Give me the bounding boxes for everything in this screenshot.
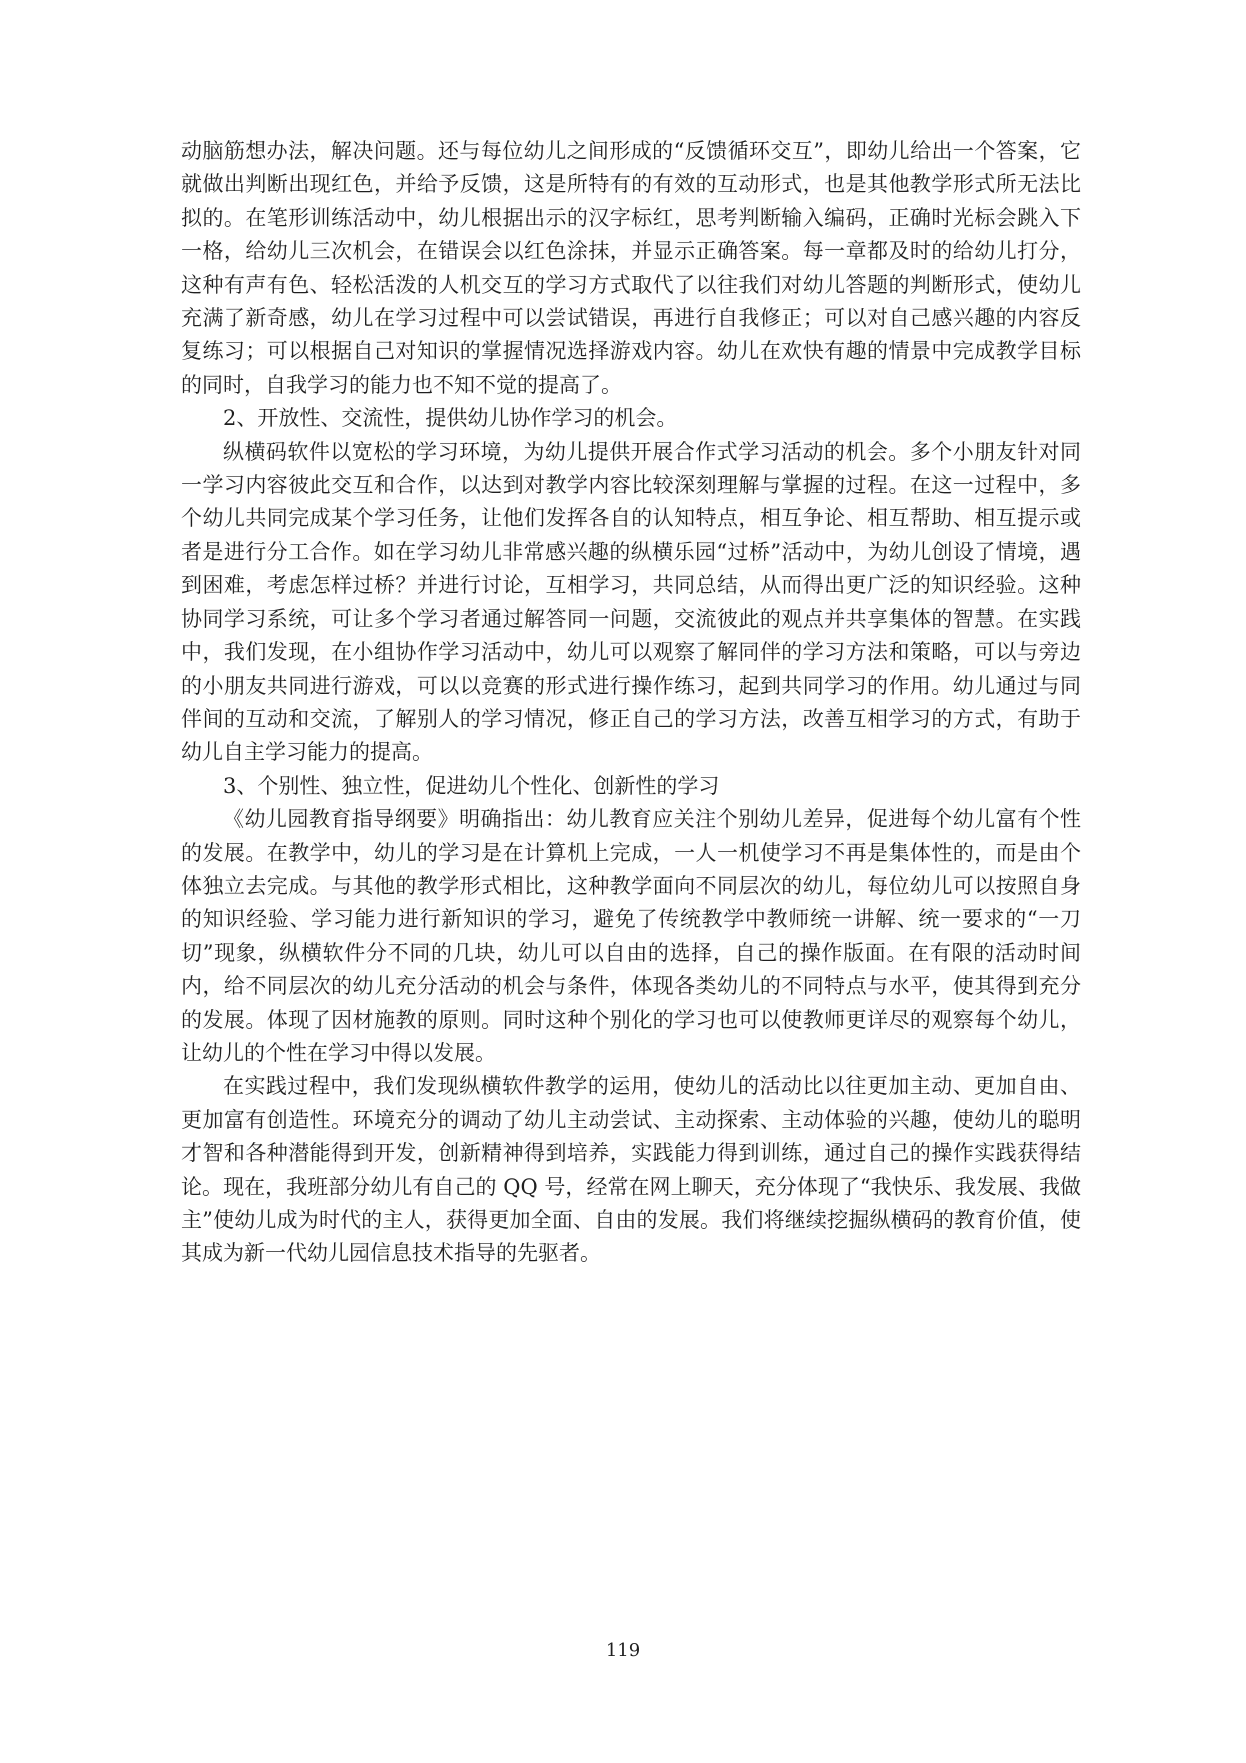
text-block: 动脑筋想办法，解决问题。还与每位幼儿之间形成的“反馈循环交互”，即幼儿给出一个答…: [181, 135, 1081, 1271]
body-paragraph: 在实践过程中，我们发现纵横软件教学的运用，使幼儿的活动比以往更加主动、更加自由、…: [181, 1070, 1081, 1270]
page-number: 119: [0, 1640, 1246, 1661]
body-paragraph: 《幼儿园教育指导纲要》明确指出：幼儿教育应关注个别幼儿差异，促进每个幼儿富有个性…: [181, 803, 1081, 1070]
document-page: 动脑筋想办法，解决问题。还与每位幼儿之间形成的“反馈循环交互”，即幼儿给出一个答…: [0, 0, 1246, 1763]
body-paragraph-continuation: 动脑筋想办法，解决问题。还与每位幼儿之间形成的“反馈循环交互”，即幼儿给出一个答…: [181, 135, 1081, 402]
section-heading-3: 3、个别性、独立性，促进幼儿个性化、创新性的学习: [181, 770, 1081, 803]
section-heading-2: 2、开放性、交流性，提供幼儿协作学习的机会。: [181, 402, 1081, 435]
body-paragraph: 纵横码软件以宽松的学习环境，为幼儿提供开展合作式学习活动的机会。多个小朋友针对同…: [181, 436, 1081, 770]
